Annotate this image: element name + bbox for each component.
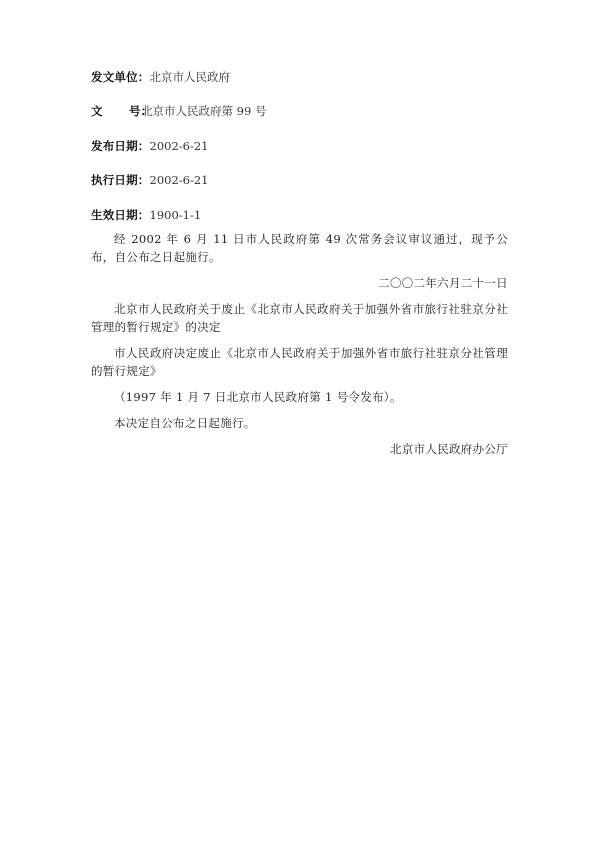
meta-doc-number: 文号：北京市人民政府第 99 号 xyxy=(91,102,508,120)
effective-statement: 本决定自公布之日起施行。 xyxy=(91,414,508,432)
document-page: 发文单位：北京市人民政府 文号：北京市人民政府第 99 号 发布日期：2002-… xyxy=(91,68,508,466)
meta-effective-date-label: 生效日期： xyxy=(91,208,150,222)
meta-effective-date: 生效日期：1900-1-1 xyxy=(91,206,508,224)
meta-publish-date: 发布日期：2002-6-21 xyxy=(91,137,508,155)
intro-paragraph: 经 2002 年 6 月 11 日市人民政府第 49 次常务会议审议通过，现予公… xyxy=(91,230,508,266)
decision-note: （1997 年 1 月 7 日北京市人民政府第 1 号令发布）。 xyxy=(91,388,508,406)
meta-issuer-value: 北京市人民政府 xyxy=(150,70,231,84)
meta-doc-number-value: 北京市人民政府第 99 号 xyxy=(141,104,266,118)
meta-issuer: 发文单位：北京市人民政府 xyxy=(91,68,508,86)
signature: 北京市人民政府办公厅 xyxy=(91,440,508,458)
decision-title: 北京市人民政府关于废止《北京市人民政府关于加强外省市旅行社驻京分社管理的暂行规定… xyxy=(91,300,508,336)
meta-doc-number-label-a: 文 xyxy=(91,102,129,120)
meta-publish-date-value: 2002-6-21 xyxy=(150,139,209,153)
meta-execute-date-value: 2002-6-21 xyxy=(150,173,209,187)
meta-publish-date-label: 发布日期： xyxy=(91,139,150,153)
meta-execute-date-label: 执行日期： xyxy=(91,173,150,187)
meta-execute-date: 执行日期：2002-6-21 xyxy=(91,171,508,189)
intro-date: 二〇〇二年六月二十一日 xyxy=(91,274,508,292)
meta-effective-date-value: 1900-1-1 xyxy=(150,208,202,222)
meta-doc-number-label: 文号： xyxy=(91,102,141,120)
meta-issuer-label: 发文单位： xyxy=(91,70,150,84)
decision-text: 市人民政府决定废止《北京市人民政府关于加强外省市旅行社驻京分社管理的暂行规定》 xyxy=(91,344,508,380)
